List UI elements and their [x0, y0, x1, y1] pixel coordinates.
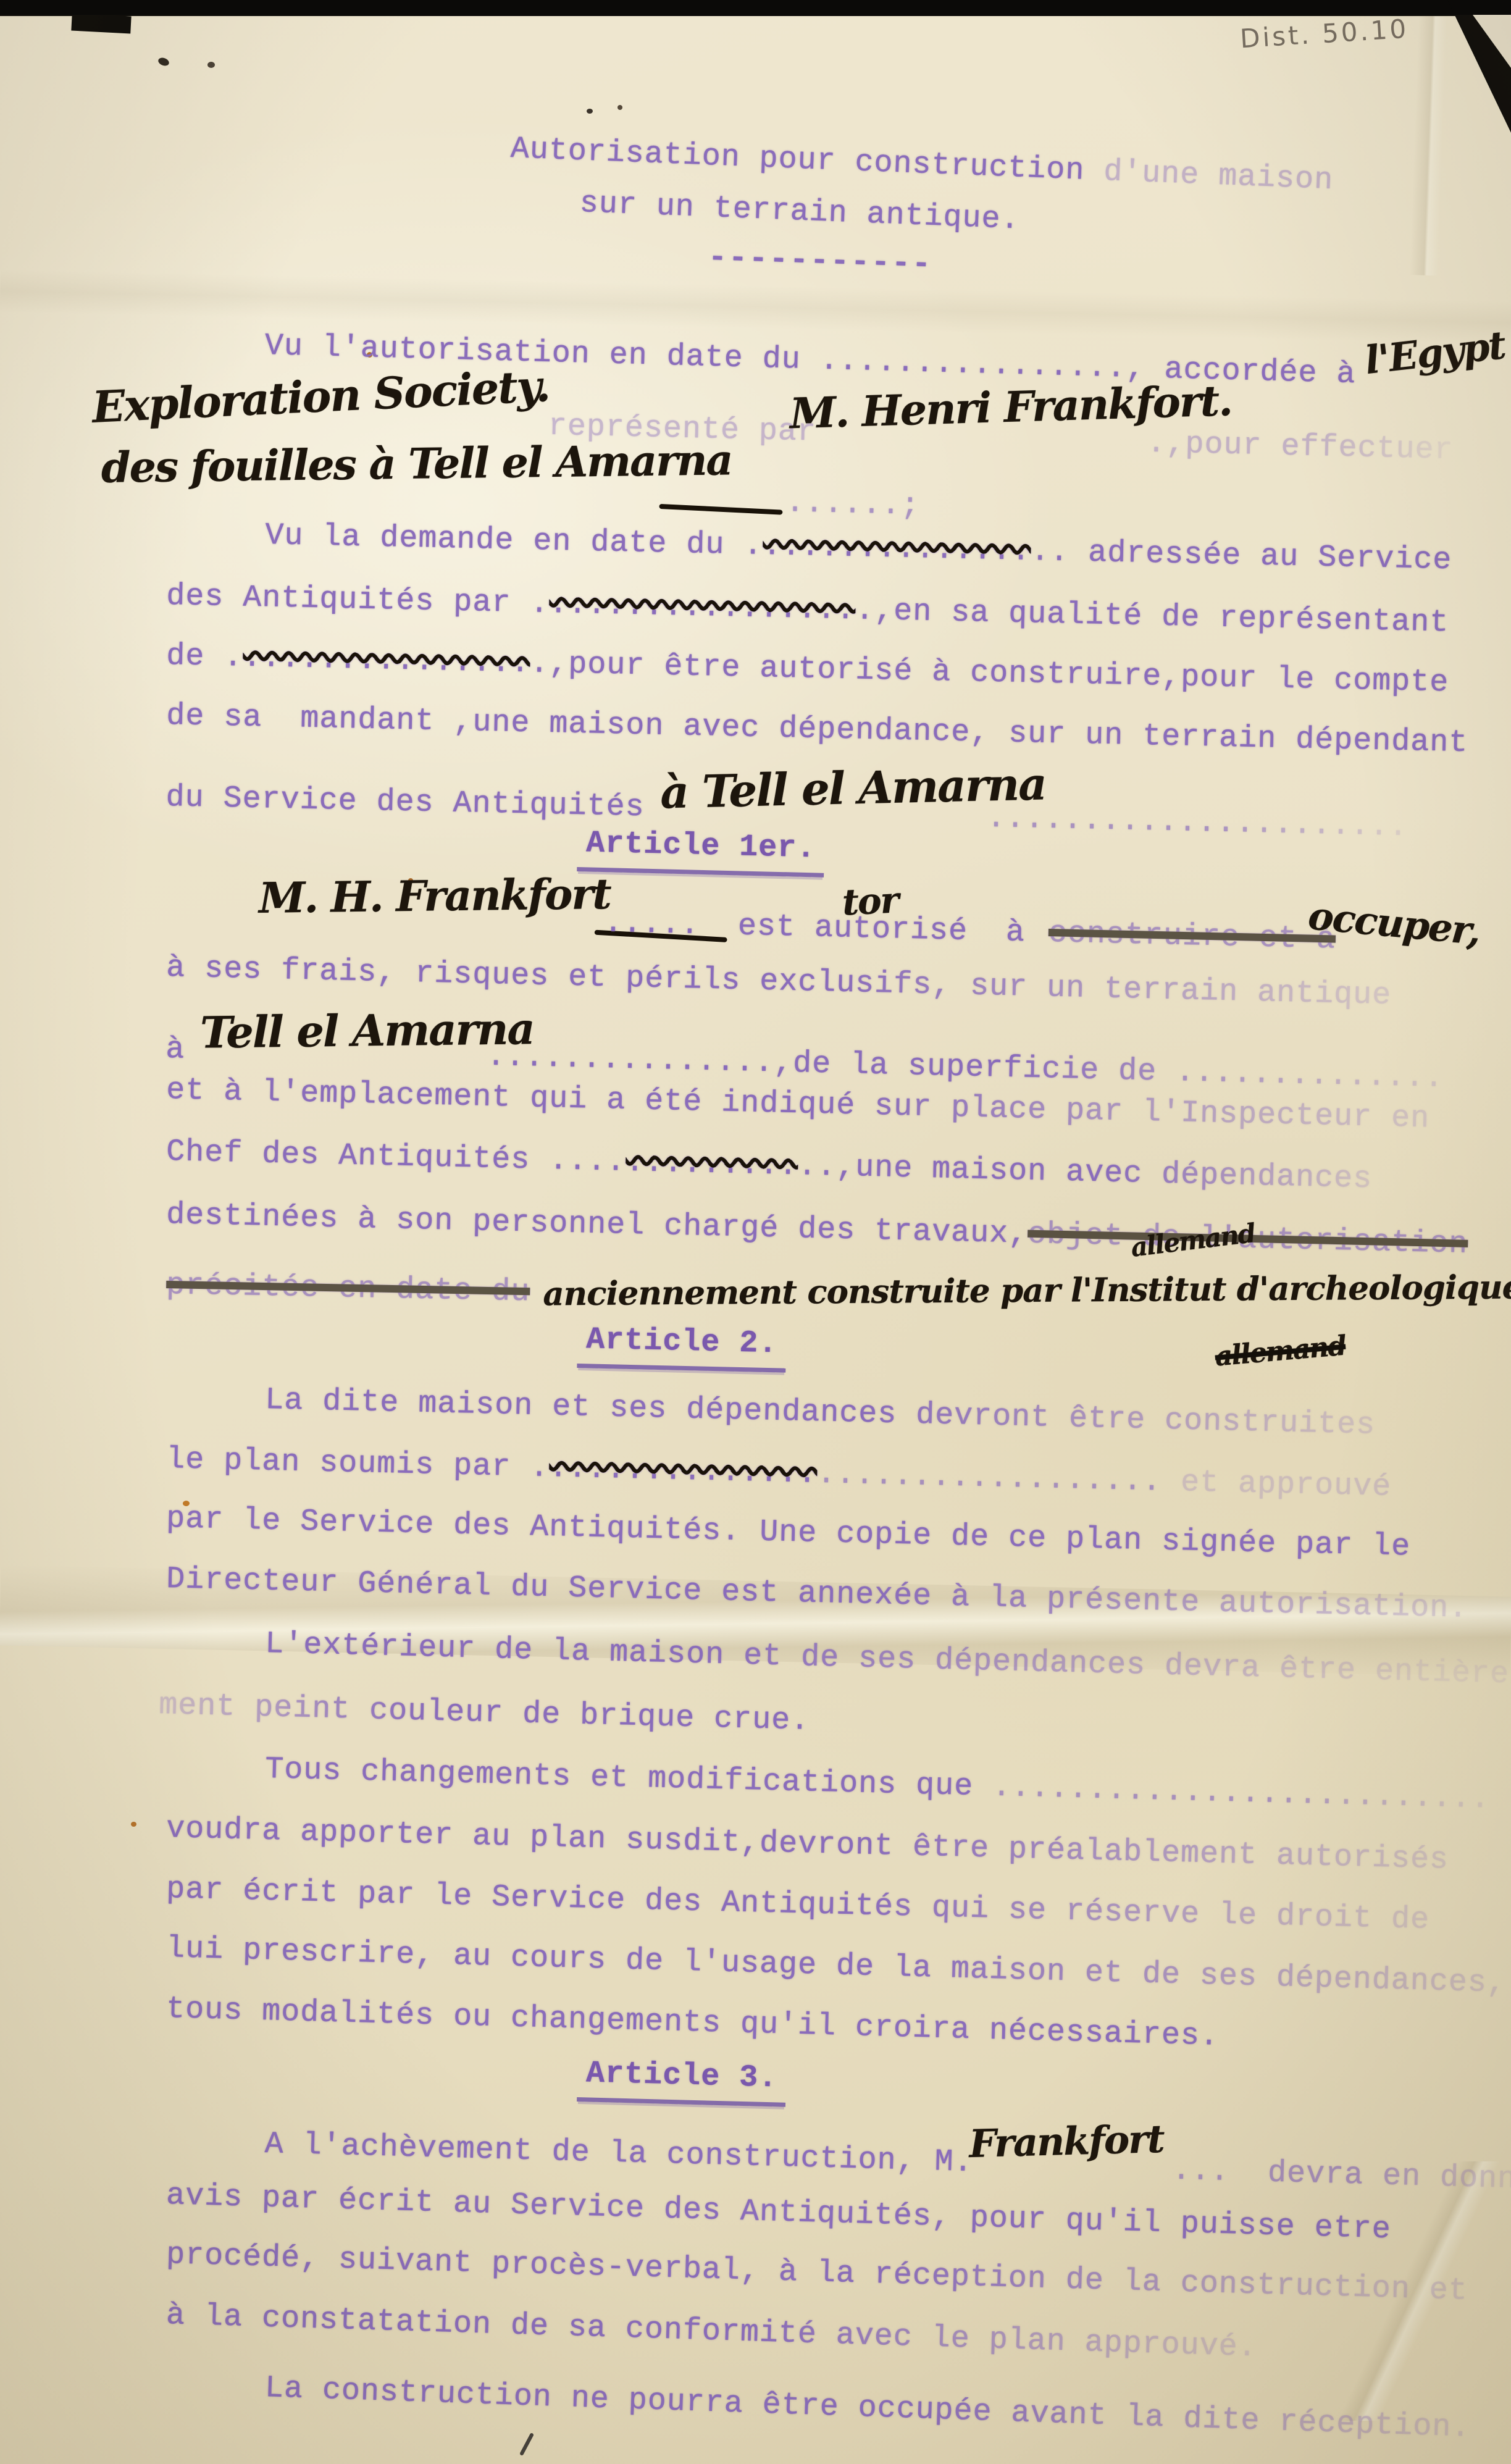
- paragraph-1-line-2: Exploration Society. représenté par M. H…: [91, 366, 98, 421]
- handwritten-m-h-frankfort: M. H. Frankfort: [259, 870, 611, 923]
- typed-text: de .: [166, 639, 243, 676]
- foxing-spot: [131, 1822, 136, 1827]
- paper-edge-notch: [71, 14, 131, 34]
- typed-construire-struck: construire et à: [1048, 915, 1336, 959]
- handwritten-frankfort: Frankfort: [968, 2116, 1164, 2166]
- handwritten-correction-tor: tor: [841, 879, 898, 923]
- typed-text: .. adressée au Service: [1031, 534, 1452, 578]
- handwritten-fouilles-amarna: des fouilles à Tell el Amarna: [101, 435, 732, 492]
- typed-dots-struck: ..............: [549, 1451, 818, 1492]
- article-3-heading: Article 3.: [577, 2055, 787, 2107]
- article-2-heading: Article 2.: [577, 1322, 787, 1373]
- article-1-heading: Article 1er.: [577, 825, 825, 878]
- ink-speck: [587, 109, 593, 114]
- typed-dots-struck: .........: [626, 1145, 798, 1184]
- paragraph-2-line-5: du Service des Antiquités à Tell el Amar…: [165, 758, 172, 803]
- typed-dots-struck: ................: [549, 587, 856, 628]
- title-separator: -----------: [708, 240, 933, 283]
- handwritten-anciennement-construite: anciennement construite par l'Institut d…: [543, 1268, 1511, 1313]
- typed-text: le plan soumis par .: [166, 1442, 550, 1486]
- title-text-faded: d'une maison: [1103, 154, 1334, 198]
- typed-text: des Antiquités par .: [166, 579, 550, 622]
- ink-speck: [207, 62, 215, 68]
- typed-et-approuve: et approuvé: [1162, 1465, 1392, 1505]
- ink-speck: [617, 105, 622, 110]
- typed-dots: ..................: [817, 1457, 1162, 1500]
- article-3-line-1: A l'achèvement de la construction, M. Fr…: [264, 2115, 271, 2160]
- typed-dots-struck: ..............: [763, 529, 1031, 569]
- paragraph-1-line-3: des fouilles à Tell el Amarna ......;: [101, 432, 107, 477]
- scanned-document-photo: { "meta": { "pencil_note": "Dist. 50.10"…: [0, 0, 1511, 2464]
- photo-backdrop-top-edge: [0, 0, 1511, 16]
- article-1-line-7: précitée en date du anciennement constru…: [165, 1260, 172, 1315]
- typed-dots-struck: ...............: [243, 640, 530, 682]
- article-1-line-3: à Tell el Amarna ...............,de la s…: [165, 1005, 172, 1050]
- typed-pour-effectuer: .,pour effectuer: [1147, 425, 1454, 469]
- handwritten-tell-el-amarna: Tell el Amarna: [200, 1003, 534, 1058]
- typed-precitee-struck: précitée en date du: [166, 1267, 530, 1311]
- typed-dots: ......;: [785, 485, 920, 525]
- typed-text: à: [165, 1031, 204, 1069]
